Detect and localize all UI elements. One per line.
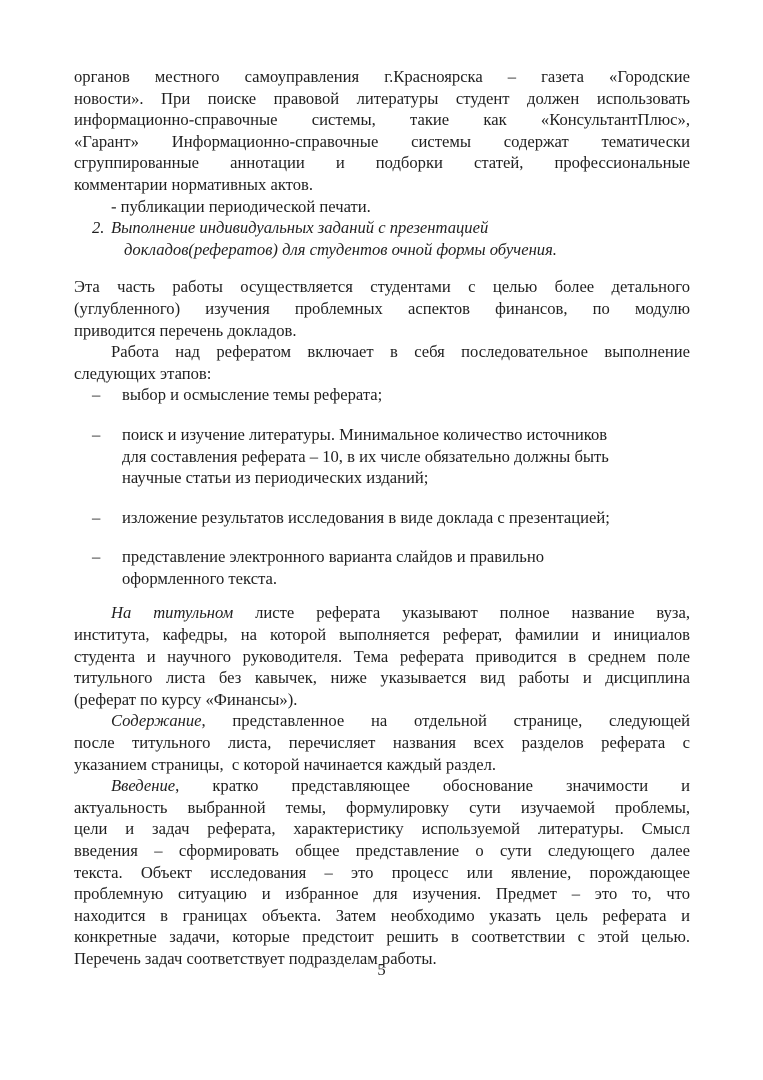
text-line: для составления реферата – 10, в их числ… [122,446,690,468]
lead-rest: листе реферата указывают полное название… [233,603,690,622]
text-line: введения – сформировать общее представле… [74,840,690,862]
stage-item-4: – представление электронного варианта сл… [92,546,690,589]
text-line: новости». При поиске правовой литературы… [74,88,690,110]
lead-rest: , представленное на отдельной странице, … [202,711,690,730]
stage-item-4-text: представление электронного варианта слай… [122,546,690,589]
section-2-heading: 2. Выполнение индивидуальных заданий с п… [92,217,690,260]
paragraph-introduction-rest: актуальность выбранной темы, формулировк… [74,797,690,970]
text-line: поиск и изучение литературы. Минимальное… [122,424,690,446]
dash-bullet-icon: – [92,424,122,489]
text-line: проблемную ситуацию и избранное для изуч… [74,883,690,905]
text-line: (углубленного) изучения проблемных аспек… [74,298,690,320]
list-item-publications: - публикации периодической печати. [74,196,690,218]
paragraph-stages: Работа над рефератом включает в себя пос… [74,341,690,384]
text-line: текста. Объект исследования – это процес… [74,862,690,884]
paragraph-intro: органов местного самоуправления г.Красно… [74,66,690,196]
text-line: приводится перечень докладов. [74,320,690,342]
text-line: изложение результатов исследования в вид… [122,507,690,529]
text-line: На титульном листе реферата указывают по… [74,602,690,624]
text-line: находится в границах объекта. Затем необ… [74,905,690,927]
text-line: Выполнение индивидуальных заданий с през… [111,217,690,239]
text-line: докладов(рефератов) для студентов очной … [124,239,690,261]
text-line: после титульного листа, перечисляет назв… [74,732,690,754]
text-line: Работа над рефератом включает в себя пос… [74,341,690,363]
dash-bullet-icon: – [92,384,122,406]
stage-item-3-text: изложение результатов исследования в вид… [122,507,690,529]
text-line: информационно-справочные системы, такие … [74,109,690,131]
text-line: конкретные задачи, которые предстоит реш… [74,926,690,948]
paragraph-contents-rest: после титульного листа, перечисляет назв… [74,732,690,775]
stages-list: – выбор и осмысление темы реферата; – по… [74,384,690,589]
text-line: следующих этапов: [74,363,690,385]
page-content: органов местного самоуправления г.Красно… [74,66,690,970]
document-page: органов местного самоуправления г.Красно… [0,0,763,1080]
stage-item-1: – выбор и осмысление темы реферата; [92,384,690,406]
text-line: представление электронного варианта слай… [122,546,690,568]
page-number: 5 [0,959,763,981]
text-line: института, кафедры, на которой выполняет… [74,624,690,646]
text-line: комментарии нормативных актов. [74,174,690,196]
stage-item-1-text: выбор и осмысление темы реферата; [122,384,690,406]
text-line: «Гарант» Информационно-справочные систем… [74,131,690,153]
text-line: выбор и осмысление темы реферата; [122,384,690,406]
section-2-number: 2. [92,217,111,260]
text-line: оформленного текста. [122,568,690,590]
lead-italic: Содержание [111,711,202,730]
dash-bullet-icon: – [92,546,122,589]
paragraph-title-page: На титульном листе реферата указывают по… [74,602,690,710]
stage-item-2-text: поиск и изучение литературы. Минимальное… [122,424,690,489]
text-line: научные статьи из периодических изданий; [122,467,690,489]
paragraph-title-page-rest: института, кафедры, на которой выполняет… [74,624,690,710]
text-line: указанием страницы, с которой начинается… [74,754,690,776]
section-2-title: Выполнение индивидуальных заданий с през… [111,217,690,260]
text-line: Введение, кратко представляющее обоснова… [74,775,690,797]
text-line: студента и научного руководителя. Тема р… [74,646,690,668]
stage-item-2: – поиск и изучение литературы. Минимальн… [92,424,690,489]
dash-bullet-icon: – [92,507,122,529]
lead-rest: , кратко представляющее обоснование знач… [175,776,690,795]
paragraph-introduction: Введение, кратко представляющее обоснова… [74,775,690,969]
text-line: (реферат по курсу «Финансы»). [74,689,690,711]
text-line: сгруппированные аннотации и подборки ста… [74,152,690,174]
text-line: титульного листа без кавычек, ниже указы… [74,667,690,689]
paragraph-purpose: Эта часть работы осуществляется студента… [74,276,690,341]
lead-italic: Введение [111,776,175,795]
text-line: Содержание, представленное на отдельной … [74,710,690,732]
text-line: актуальность выбранной темы, формулировк… [74,797,690,819]
stage-item-3: – изложение результатов исследования в в… [92,507,690,529]
text-line: Эта часть работы осуществляется студента… [74,276,690,298]
lead-italic: На титульном [111,603,233,622]
paragraph-contents: Содержание, представленное на отдельной … [74,710,690,775]
text-line: органов местного самоуправления г.Красно… [74,66,690,88]
text-line: цели и задач реферата, характеристику ис… [74,818,690,840]
